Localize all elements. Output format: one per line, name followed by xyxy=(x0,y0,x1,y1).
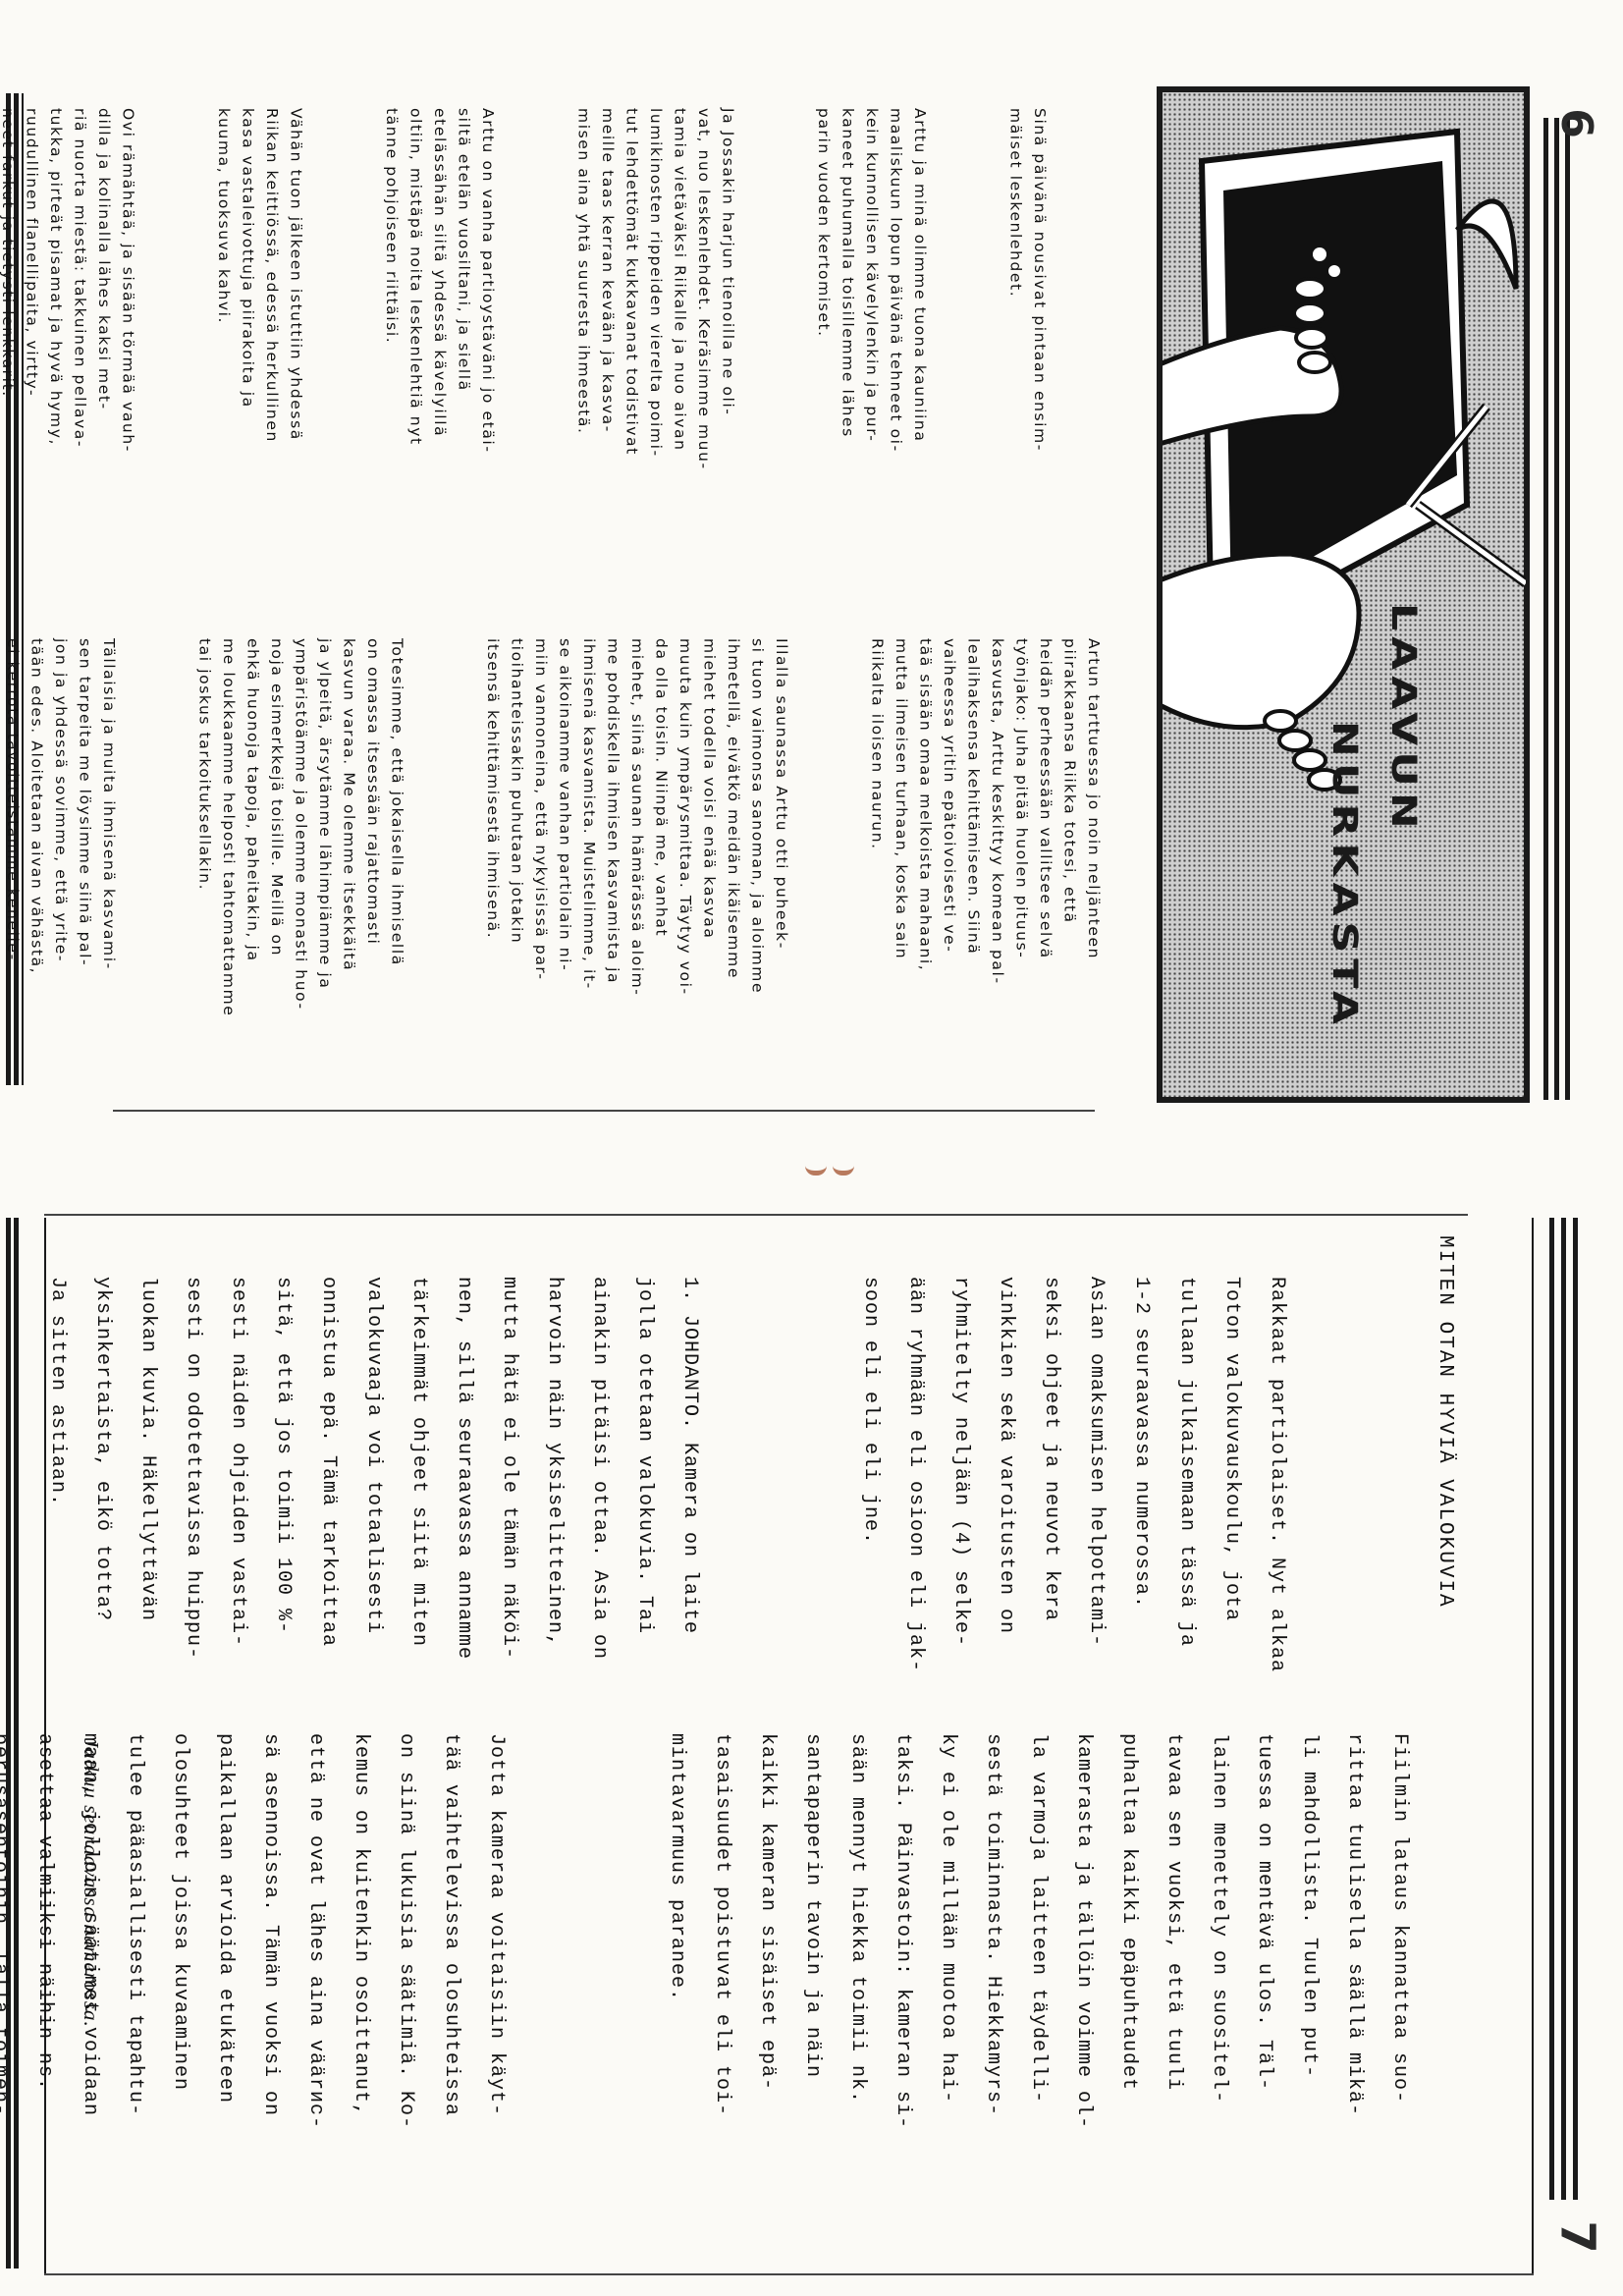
paragraph: Tällaisia ja muita ihmisenä kasvami- sen… xyxy=(0,638,121,1110)
article-column-b: Artun tarttuessa jo noin neljänteen piir… xyxy=(39,638,1154,1110)
staple-icon xyxy=(805,1157,827,1175)
article-column-b: Fiilmin lataus kannattaa suo- rittaa tuu… xyxy=(98,1733,1512,2224)
border-rule xyxy=(1573,1218,1578,2200)
article-column-a: Rakkaat partiolaiset. Nyt alkaa Toton va… xyxy=(54,1277,1389,1709)
border-rule xyxy=(1532,1218,1534,2273)
article-title: MITEN OTAN HYVIÄ VALOKUVIA xyxy=(1422,1235,1467,1609)
paragraph: 1. JOHDANTO. Kamera on laite jolla oteta… xyxy=(34,1277,712,1709)
paragraph: Artun tarttuessa jo noin neljänteen piir… xyxy=(865,638,1106,1110)
section-title-laavun: LAAVUN xyxy=(1384,603,1424,835)
paragraph: Arttu on vanha partioystäväni jo etäi- s… xyxy=(380,108,501,579)
paragraph: Sinä päivänä nousivat pintaan ensim- mäi… xyxy=(1003,108,1052,579)
paragraph: Vähän tuon jälkeen istuttiin yhdessä Rii… xyxy=(212,108,308,579)
border-rule xyxy=(1561,1218,1566,2200)
section-title-nurkasta: NURKASTA xyxy=(1325,721,1365,1030)
paragraph: Fiilmin lataus kannattaa suo- rittaa tuu… xyxy=(654,1733,1422,2224)
page-number: 6 xyxy=(1551,108,1601,138)
page-top-rule xyxy=(44,1214,1468,1216)
page-bottom-rule xyxy=(113,1110,1095,1112)
border-rule xyxy=(1549,1218,1554,2200)
border-rule xyxy=(1565,118,1570,1100)
paragraph: Rakkaat partiolaiset. Nyt alkaa Toton va… xyxy=(847,1277,1299,1709)
paragraph: Illalla saunassa Arttu otti puheek- si t… xyxy=(481,638,794,1110)
article-column-a: Sinä päivänä nousivat pintaan ensim- mäi… xyxy=(39,108,1100,579)
border-rule xyxy=(1543,118,1548,1100)
paragraph: Ovi rämähtää, ja sisään törmää vauh- dil… xyxy=(0,108,140,579)
paragraph: Arttu ja minä olimme tuona kauniina maal… xyxy=(812,108,933,579)
border-rule xyxy=(1554,118,1559,1100)
page-bottom-rule xyxy=(44,2273,1534,2275)
paragraph: Totesimme, että jokaisella ihmisellä on … xyxy=(192,638,409,1110)
staple-icon xyxy=(833,1157,854,1175)
paragraph: Ja Jossakin harjun tienoilla ne oli- vat… xyxy=(571,108,740,579)
page-number: 7 xyxy=(1550,2220,1605,2253)
continuation-note: Jatkuu seuraavassa numerossa. xyxy=(69,1738,114,2028)
header-illustration-panel: LAAVUN NURKASTA xyxy=(1157,86,1530,1103)
